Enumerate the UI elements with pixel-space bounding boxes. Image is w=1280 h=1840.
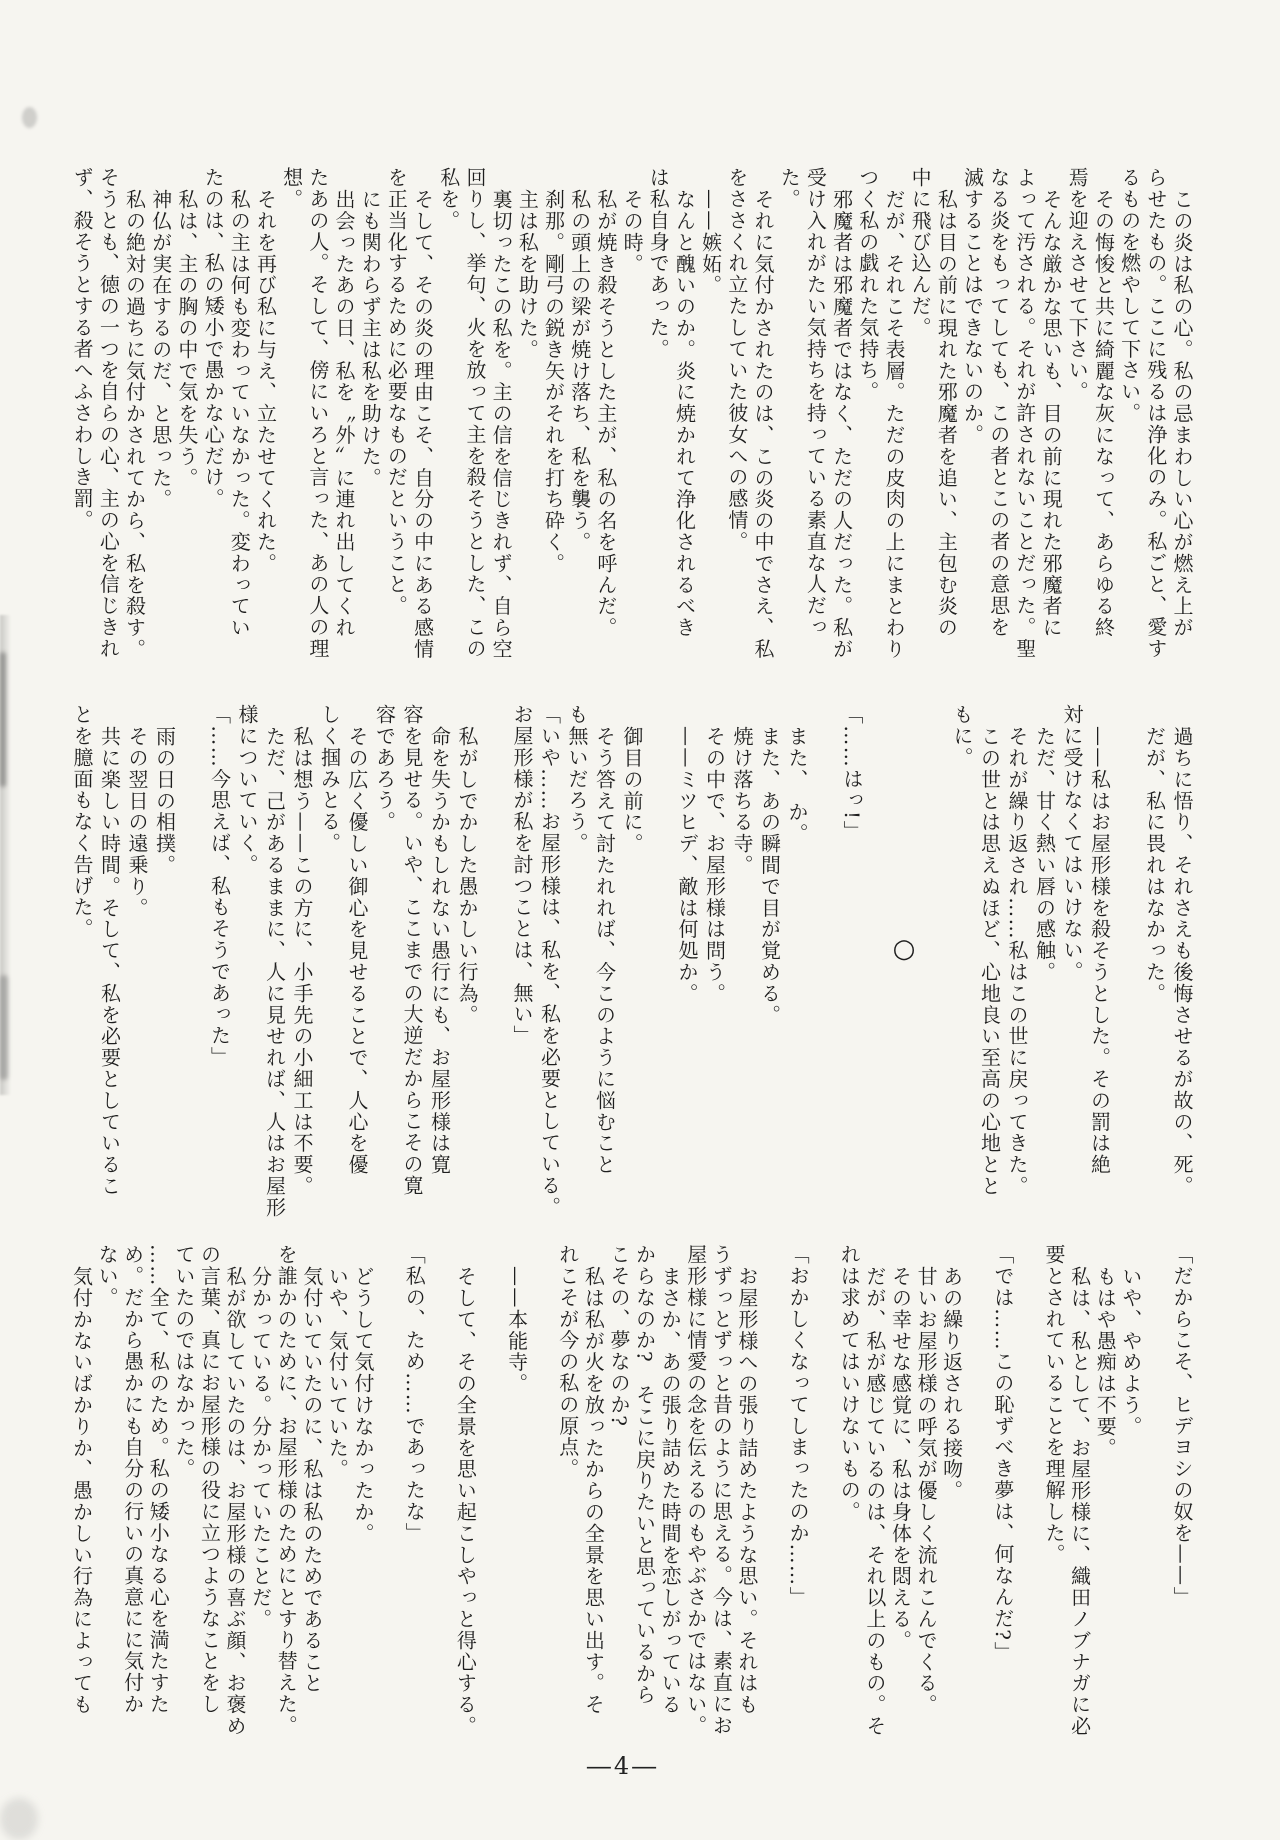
text-column: いや、やめよう。 — [1115, 1244, 1141, 1760]
text-column: つく私の戯れた気持ち。 — [852, 167, 878, 661]
text-column: れこそが今の私の原点。 — [552, 1244, 578, 1760]
text-column: 私が焼き殺そうとした主が、私の名を呼んだ。 — [590, 167, 616, 661]
text-column: その時。 — [616, 167, 642, 661]
column-gap — [962, 1244, 988, 1254]
text-column: 私は私が火を放ったからの全景を思い出す。そ — [578, 1244, 604, 1760]
text-column: 雨の日の相撲。 — [147, 704, 175, 1198]
text-column: 私の頭上の梁が焼け落ち、私を襲う。 — [564, 167, 590, 661]
column-gap — [1110, 704, 1138, 714]
text-column: 刹那。剛弓の鋭き矢がそれを打ち砕く。 — [537, 167, 563, 661]
text-column: 容であろう。 — [367, 704, 395, 1198]
column-gap — [424, 1244, 450, 1254]
scanned-page: この炎は私の心。私の忌まわしい心が燃え上がらせたもの。ここに残るは浄化のみ。私ご… — [0, 0, 1280, 1840]
scan-artifact — [0, 975, 8, 1080]
text-column: もに。 — [945, 704, 973, 1198]
text-column: 甘いお屋形様の呼気が優しく流れこんでくる。 — [910, 1244, 936, 1760]
column-gap — [757, 1244, 783, 1254]
text-column: 出会ったあの日、私を〝外〟に連れ出してくれ — [328, 167, 354, 661]
text-column: 「いや……お屋形様は、私を、私を必要としている。 — [532, 704, 560, 1198]
text-column: 想。 — [275, 167, 301, 661]
text-column: 焼け落ちる寺。 — [725, 704, 753, 1198]
text-column: だが、私に畏れはなかった。 — [1137, 704, 1165, 1198]
text-column: 私は想う——この方に、小手先の小細工は不要。 — [285, 704, 313, 1198]
column-gap — [1141, 1244, 1167, 1254]
column-gap — [807, 704, 835, 714]
text-column: は私自身であった。 — [642, 167, 668, 661]
text-column: そして、その全景を思い起こしやっと得心する。 — [450, 1244, 476, 1760]
text-column: 「では……この恥ずべき夢は、何なんだ?」 — [987, 1244, 1013, 1760]
text-column: お屋形様への張り詰めたような思い。それはも — [731, 1244, 757, 1760]
text-column: その幸せな感覚に、私は身体を悶える。 — [885, 1244, 911, 1760]
text-column: にも関わらず主は私を助けた。 — [354, 167, 380, 661]
text-column: その翌日の遠乗り。 — [120, 704, 148, 1198]
text-column: 私は目の前に現れた邪魔者を追い、主包む炎の — [930, 167, 956, 661]
text-column: 中に飛び込んだ。 — [904, 167, 930, 661]
text-column: どうして気付けなかったか。 — [347, 1244, 373, 1760]
text-column: 共に楽しい時間。そして、私を必要としているこ — [92, 704, 120, 1198]
scan-artifact — [22, 107, 37, 128]
text-column: 私の絶対の過ちに気付かされてから、私を殺す。 — [118, 167, 144, 661]
text-column: 「おかしくなってしまったのか……」 — [783, 1244, 809, 1760]
text-column: なる炎をもってしても、この者とこの者の意思を — [983, 167, 1009, 661]
text-column: らせたもの。ここに残るは浄化のみ。私ごと、愛す — [1140, 167, 1166, 661]
text-column: 滅することはできないのか。 — [956, 167, 982, 661]
text-column: 裏切ったこの私を。主の信を信じきれず、自ら空 — [485, 167, 511, 661]
column-gap — [175, 704, 203, 714]
text-column: 御目の前に。 — [615, 704, 643, 1198]
text-column: 屋形様に情愛の念を伝えるのもやぶさかではない。 — [680, 1244, 706, 1760]
text-column: 主は私を助けた。 — [511, 167, 537, 661]
text-band-3: 「だからこそ、ヒデヨシの奴を——」いや、やめよう。もはや愚痴は不要。私は、私とし… — [66, 1244, 1192, 1760]
text-column: ず、殺そうとする者へふさわしき罰。 — [66, 167, 92, 661]
text-column: 私は、主の胸の中で気を失う。 — [171, 167, 197, 661]
section-separator-circle: ○ — [890, 704, 918, 1198]
text-column: 焉を迎えさせて下さい。 — [1061, 167, 1087, 661]
text-column: しく掴みとる。 — [312, 704, 340, 1198]
text-column: この世とは思えぬほど、心地良い至高の心地とと — [972, 704, 1000, 1198]
text-column: まさか、あの張り詰めた時間を恋しがっている — [655, 1244, 681, 1760]
column-gap — [642, 704, 670, 714]
text-column: よって汚される。それが許されないことだった。聖 — [1009, 167, 1035, 661]
text-column: 回りし、挙句、火を放って主を殺そうとした、この — [459, 167, 485, 661]
column-gap — [477, 704, 505, 714]
text-column: もはや愚痴は不要。 — [1090, 1244, 1116, 1760]
text-column: 私の主は何も変わっていなかった。変わってい — [223, 167, 249, 661]
text-column: なんと醜いのか。炎に焼かれて浄化されるべき — [668, 167, 694, 661]
text-column: だが、私が感じているのは、それ以上のもの。そ — [859, 1244, 885, 1760]
text-column: 私を。 — [433, 167, 459, 661]
text-column: ない。 — [91, 1244, 117, 1760]
text-column: そして、その炎の理由こそ、自分の中にある感情 — [406, 167, 432, 661]
text-band-2: 過ちに悟り、それさえも後悔させるが故の、死。だが、私に畏れはなかった。——私はお… — [65, 704, 1193, 1198]
page-number: ―4― — [578, 1752, 668, 1780]
text-column: その悔悛と共に綺麗な灰になって、あらゆる終 — [1087, 167, 1113, 661]
column-gap — [527, 1244, 553, 1254]
text-column: この炎は私の心。私の忌まわしい心が燃え上が — [1166, 167, 1192, 661]
column-gap — [862, 704, 890, 714]
text-column: あの繰り返される接吻。 — [936, 1244, 962, 1760]
text-column: を誰かのために、お屋形様のためにとすり替えた。 — [271, 1244, 297, 1760]
text-column: それが繰り返され……私はこの世に戻ってきた。 — [1000, 704, 1028, 1198]
text-column: その中で、お屋形様は問う。 — [697, 704, 725, 1198]
text-column: そうとも、徳の一つを自らの心、主の心を信じきれ — [92, 167, 118, 661]
text-column: 私は、私として、お屋形様に、織田ノブナガに必 — [1064, 1244, 1090, 1760]
scan-artifact — [0, 652, 6, 787]
text-column: ——ミツヒデ、敵は何処か。 — [670, 704, 698, 1198]
text-column: ——私はお屋形様を殺そうとした。その罰は絶 — [1082, 704, 1110, 1198]
text-column: うずっとずっと昔のように思える。今は、素直にお — [706, 1244, 732, 1760]
text-column: ていたのではなかった。 — [168, 1244, 194, 1760]
text-column: 邪魔者は邪魔者ではなく、ただの人だった。私が — [825, 167, 851, 661]
text-column: また、あの瞬間で目が覚める。 — [752, 704, 780, 1198]
column-gap — [808, 1244, 834, 1254]
text-column: そう答えて討たれれば、今このように悩むこと — [587, 704, 615, 1198]
text-column: るものを燃やして下さい。 — [1113, 167, 1139, 661]
text-column: 神仏が実在するのだ、と思った。 — [145, 167, 171, 661]
text-column: ただ、甘く熱い唇の感触。 — [1027, 704, 1055, 1198]
text-column: ——嫉妬。 — [694, 167, 720, 661]
text-column: 分かっている。分かっていたことだ。 — [245, 1244, 271, 1760]
text-column: 私が欲していたのは、お屋形様の喜ぶ顔、お褒め — [219, 1244, 245, 1760]
text-column: 「私の、ため……であったな」 — [399, 1244, 425, 1760]
scan-artifact — [0, 1798, 38, 1840]
text-column: の言葉、真にお屋形様の役に立つようなことをし — [194, 1244, 220, 1760]
text-column: め。だから愚かにも自分の行いの真意にに気付か — [117, 1244, 143, 1760]
text-column: れは求めてはいけないもの。 — [834, 1244, 860, 1760]
text-column: をささくれ立たしていた彼女への感情。 — [721, 167, 747, 661]
text-column: ……全て、私のため。私の矮小なる心を満たすた — [143, 1244, 169, 1760]
text-column: そんな厳かな思いも、目の前に現れた邪魔者に — [1035, 167, 1061, 661]
column-gap — [1013, 1244, 1039, 1254]
column-gap — [373, 1244, 399, 1254]
text-column: また、 か。 — [780, 704, 808, 1198]
text-column: ——本能寺。 — [501, 1244, 527, 1760]
text-column: その広く優しい御心を見せることで、人心を優 — [340, 704, 368, 1198]
text-column: だが、それこそ表層。ただの皮肉の上にまとわり — [878, 167, 904, 661]
text-column: とを臆面もなく告げた。 — [65, 704, 93, 1198]
text-column: も無いだろう。 — [560, 704, 588, 1198]
text-column: 「……はっ!」 — [835, 704, 863, 1198]
text-column: 気付かないばかりか、愚かしい行為によっても — [66, 1244, 92, 1760]
column-gap — [475, 1244, 501, 1254]
text-column: こその、夢なのか? — [603, 1244, 629, 1760]
column-gap — [917, 704, 945, 714]
text-column: 様についていく。 — [230, 704, 258, 1198]
text-column: た。 — [773, 167, 799, 661]
text-column: 容を見せる。いや、ここまでの大逆だからこその寛 — [395, 704, 423, 1198]
text-column: それに気付かされたのは、この炎の中でさえ、私 — [747, 167, 773, 661]
text-column: たあの人。そして、傍にいろと言った、あの人の理 — [302, 167, 328, 661]
text-column: 私がしでかした愚かしい行為。 — [450, 704, 478, 1198]
text-band-1: この炎は私の心。私の忌まわしい心が燃え上がらせたもの。ここに残るは浄化のみ。私ご… — [66, 167, 1192, 661]
text-column: 過ちに悟り、それさえも後悔させるが故の、死。 — [1165, 704, 1193, 1198]
text-column: 命を失うかもしれない愚行にも、お屋形様は寛 — [422, 704, 450, 1198]
scan-artifact — [0, 615, 11, 1095]
text-column: それを再び私に与え、立たせてくれた。 — [249, 167, 275, 661]
text-column: を正当化するために必要なものだということ。 — [380, 167, 406, 661]
text-column: 「……今思えば、私もそうであった」 — [202, 704, 230, 1198]
text-column: からなのか? そこに戻りたいと思っているから — [629, 1244, 655, 1760]
text-column: 要とされていることを理解した。 — [1038, 1244, 1064, 1760]
text-column: 受け入れがたい気持ちを持っている素直な人だっ — [799, 167, 825, 661]
text-column: たのは、私の矮小で愚かな心だけ。 — [197, 167, 223, 661]
text-column: ただ、己があるままに、人に見せれば、人はお屋形 — [257, 704, 285, 1198]
text-column: 「だからこそ、ヒデヨシの奴を——」 — [1166, 1244, 1192, 1760]
text-column: 対に受けなくてはいけない。 — [1055, 704, 1083, 1198]
text-column: 気付いていたのに、私は私のためであること — [296, 1244, 322, 1760]
text-column: いや、気付いていた。 — [322, 1244, 348, 1760]
text-column: お屋形様が私を討つことは、無い」 — [505, 704, 533, 1198]
